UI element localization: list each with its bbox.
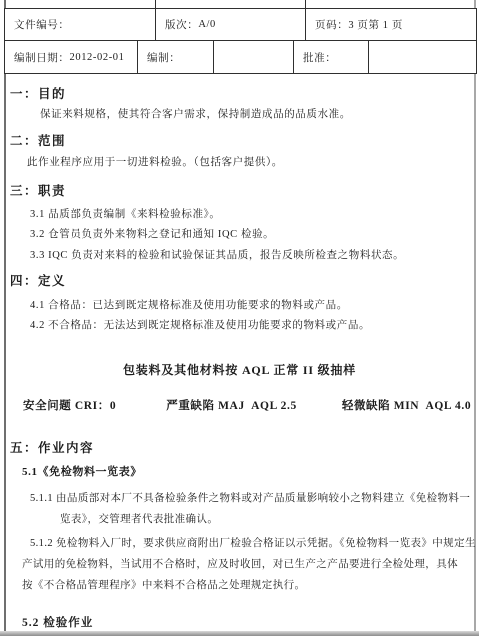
clause-5-1-1-line-1: 5.1.1 由品质部对本厂不具备检验条件之物料或对产品质量影响较小之物料建立《免… <box>6 488 473 509</box>
section-2-heading: 二：范围 <box>6 132 473 150</box>
clause-5-1-2-line-1: 5.1.2 免检物料入厂时，要求供应商附出厂检验合格证以示凭据。《免检物料一览表… <box>6 533 473 554</box>
clause-4-2: 4.2 不合格品：无法达到既定规格标准及使用功能要求的物料或产品。 <box>6 318 473 333</box>
page-number-value: 3 页第 1 页 <box>348 17 403 32</box>
section-3-heading: 三：职责 <box>6 182 473 200</box>
scan-edge-shadow <box>0 631 479 636</box>
clause-5-1-1: 5.1.1 由品质部对本厂不具备检验条件之物料或对产品质量影响较小之物料建立《免… <box>6 488 473 530</box>
approved-by-label: 批准： <box>303 50 336 65</box>
aql-major-value: 严重缺陷 MAJ AQL 2.5 <box>166 398 297 414</box>
version-cell: 版次：A/0 <box>155 9 305 40</box>
document-body: 一：目的 保证来料规格，使其符合客户需求，保持制造成品的品质水准。 二：范围 此… <box>6 72 473 632</box>
clause-3-1: 3.1 品质部负责编制《来料检验标准》。 <box>6 207 473 222</box>
section-4-heading: 四：定义 <box>6 272 473 290</box>
clause-3-3: 3.3 IQC 负责对来料的检验和试验保证其品质，报告反映所检查之物料状态。 <box>6 248 473 263</box>
approved-by-value-cell <box>368 41 476 73</box>
clause-5-1-heading: 5.1《免检物料一览表》 <box>6 463 473 481</box>
issue-date-label: 编制日期： <box>14 50 70 65</box>
header-row-2: 编制日期：2012-02-01 编制： 批准： <box>5 41 476 73</box>
doc-number-label: 文件编号： <box>14 17 70 32</box>
issue-date-value: 2012-02-01 <box>70 52 125 63</box>
clause-5-1-1-line-2: 览表》，交管理者代表批准确认。 <box>6 509 473 530</box>
page-number-cell: 页码：3 页第 1 页 <box>305 9 476 40</box>
approved-by-cell: 批准： <box>293 41 368 73</box>
section-2-paragraph: 此作业程序应用于一切进料检验。（包括客户提供）。 <box>6 155 473 170</box>
version-value: A/0 <box>198 19 216 30</box>
section-1-heading: 一：目的 <box>6 85 473 103</box>
page-number-label: 页码： <box>315 17 348 32</box>
section-1-paragraph: 保证来料规格，使其符合客户需求，保持制造成品的品质水准。 <box>6 107 473 122</box>
clause-5-1-2-line-3: 按《不合格品管理程序》中来料不合格品之处理规定执行。 <box>6 575 473 596</box>
doc-header-table: 文件编号： 版次：A/0 页码：3 页第 1 页 编制日期：2012-02-01… <box>4 8 477 74</box>
version-label: 版次： <box>165 17 198 32</box>
aql-minor-value: 轻微缺陷 MIN AQL 4.0 <box>342 398 471 414</box>
prepared-by-value-cell <box>213 41 293 73</box>
clause-5-1-2-line-2: 产试用的免检物料，当试用不合格时，应及时收回，对已生产之产品要进行全检处理，具体 <box>6 554 473 575</box>
clause-5-1-2: 5.1.2 免检物料入厂时，要求供应商附出厂检验合格证以示凭据。《免检物料一览表… <box>6 533 473 596</box>
aql-critical-value: 安全问题 CRI：0 <box>23 398 116 414</box>
aql-levels-line: 安全问题 CRI：0 严重缺陷 MAJ AQL 2.5 轻微缺陷 MIN AQL… <box>6 398 473 414</box>
clause-3-2: 3.2 仓管员负责外来物料之登记和通知 IQC 检验。 <box>6 227 473 242</box>
header-row-1: 文件编号： 版次：A/0 页码：3 页第 1 页 <box>5 9 476 41</box>
issue-date-cell: 编制日期：2012-02-01 <box>5 41 137 73</box>
prepared-by-label: 编制： <box>147 50 180 65</box>
prepared-by-cell: 编制： <box>137 41 213 73</box>
clause-5-2-heading: 5.2 检验作业 <box>6 615 473 632</box>
doc-number-cell: 文件编号： <box>5 9 155 40</box>
aql-sampling-title: 包装料及其他材料按 AQL 正常 II 级抽样 <box>6 362 473 379</box>
section-5-heading: 五：作业内容 <box>6 439 473 457</box>
document-page: 文件编号： 版次：A/0 页码：3 页第 1 页 编制日期：2012-02-01… <box>0 0 479 636</box>
clause-4-1: 4.1 合格品：已达到既定规格标准及使用功能要求的物料或产品。 <box>6 298 473 313</box>
